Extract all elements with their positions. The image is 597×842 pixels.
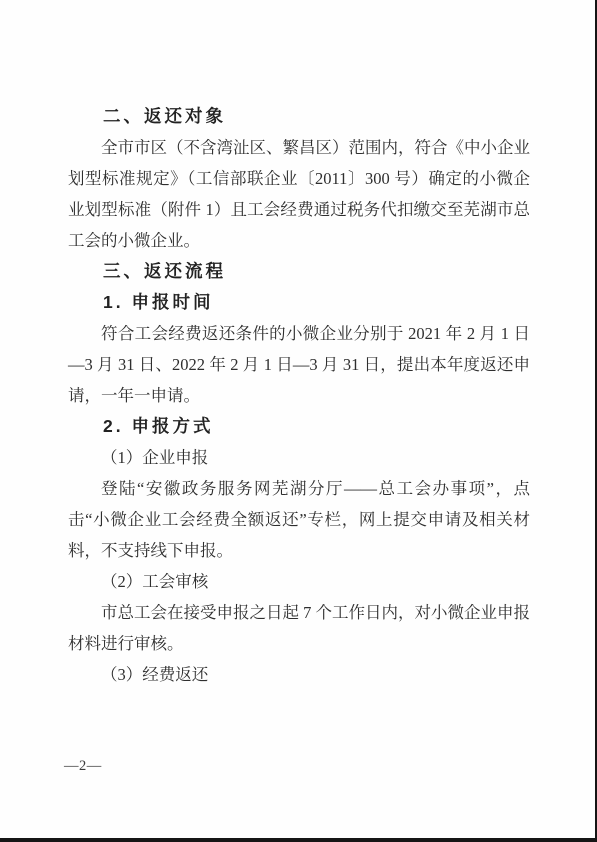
paragraph-union-review-label: （2）工会审核 [68,566,530,597]
paragraph-enterprise-application-label: （1）企业申报 [68,442,530,473]
document-page: 二、返还对象 全市市区（不含湾沚区、繁昌区）范围内，符合《中小企业划型标准规定》… [0,0,597,842]
sub-heading-application-time: 1. 申报时间 [68,287,530,318]
paragraph-enterprise-application-detail: 登陆“安徽政务服务网芜湖分厅——总工会办事项”，点击“小微企业工会经费全额返还”… [68,473,530,566]
section-heading-return-process: 三、返还流程 [68,256,530,287]
sub-heading-application-method: 2. 申报方式 [68,411,530,442]
paragraph-fee-return-label: （3）经费返还 [68,659,530,690]
paragraph-return-targets: 全市市区（不含湾沚区、繁昌区）范围内，符合《中小企业划型标准规定》（工信部联企业… [68,132,530,256]
paragraph-application-time: 符合工会经费返还条件的小微企业分别于 2021 年 2 月 1 日—3 月 31… [68,318,530,411]
section-heading-return-targets: 二、返还对象 [68,101,530,132]
page-number: —2— [64,758,102,775]
document-body: 二、返还对象 全市市区（不含湾沚区、繁昌区）范围内，符合《中小企业划型标准规定》… [68,101,530,690]
paragraph-union-review-detail: 市总工会在接受申报之日起 7 个工作日内，对小微企业申报材料进行审核。 [68,597,530,659]
